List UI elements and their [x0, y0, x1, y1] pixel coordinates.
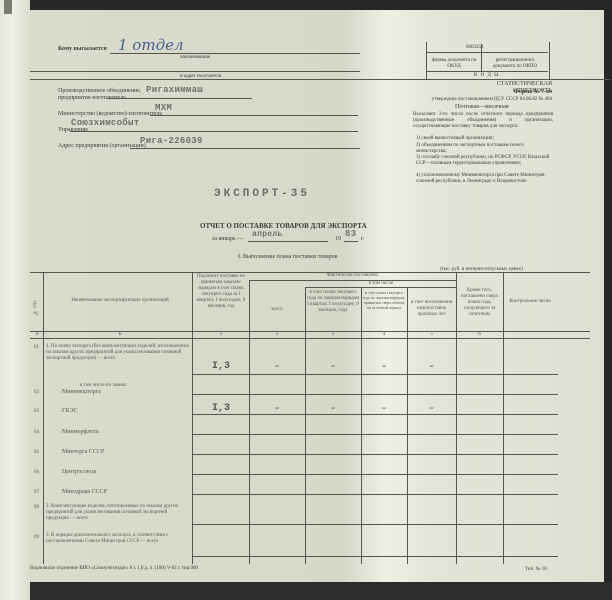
row-num: 08 — [34, 505, 39, 510]
binding-strip — [0, 0, 30, 600]
header-including: в том числе — [306, 281, 456, 287]
row-value-col3: – — [306, 362, 360, 371]
approved-text: утверждена постановлением ЦСУ СССР 04.06… — [430, 97, 552, 103]
row-value-col5: – — [408, 404, 455, 413]
section-title: I. Выполнение плана поставки товаров — [238, 254, 338, 261]
report-title: ОТЧЕТ О ПОСТАВКЕ ТОВАРОВ ДЛЯ ЭКСПОРТА — [200, 222, 367, 230]
row-num: 05 — [34, 450, 39, 455]
header-fact: Фактически поставлено — [250, 273, 455, 279]
ministry-value: МХМ — [155, 103, 172, 113]
scan-background — [30, 582, 612, 600]
header-name: Наименование экспортирующих организаций — [50, 298, 190, 304]
header-col2: всего — [250, 307, 304, 313]
stat-item-2: 2) объединениям по экспортным поставкам … — [416, 143, 553, 155]
row-num: 06 — [34, 470, 39, 475]
row-label: ГКЭС — [62, 408, 78, 415]
stat-item-4: 4) уполномоченному Минвнешторга при Сове… — [416, 173, 553, 185]
period-prefix: за январь — — [212, 236, 243, 243]
index-3: 3 — [306, 332, 360, 338]
header-num: № стр. — [33, 300, 39, 314]
address-value: Рига-226039 — [140, 136, 203, 146]
order-number: Тип. № 18 — [525, 567, 547, 573]
row-num: 03 — [34, 409, 39, 414]
year-suffix: г. — [361, 236, 364, 243]
row-num: 02 — [34, 390, 39, 395]
row-label: 2. Комплектующие изделия, изготовленные … — [46, 504, 190, 522]
stat-intro: Высылают 3-го числа после отчетного пери… — [413, 112, 553, 130]
directorate-value: Союзхимсобыт — [71, 118, 139, 128]
enterprise-value: Ригахиммаш — [146, 85, 203, 95]
index-1: 1 — [194, 332, 248, 338]
header-col4: в счет плана текущего года по заказам-на… — [362, 290, 406, 310]
row-label: Минвнешторга — [62, 389, 101, 396]
row-label: 3. В порядке дополнительного экспорта, в… — [46, 533, 190, 545]
stat-item-3: 3) госснабу союзной республики, по РСФСР… — [416, 155, 553, 167]
codes-caption: К О Д Ы — [474, 73, 499, 79]
index-5: 5 — [408, 332, 455, 338]
period-month: апрель — [252, 230, 283, 239]
row-label: Центросоюза — [62, 469, 96, 476]
binding-clip — [4, 0, 12, 14]
header-col5: в счет восполнения недопоставок прошлых … — [408, 300, 455, 318]
mail-label: Почтовая—месячная — [455, 104, 509, 111]
row-value-col3: – — [306, 404, 360, 413]
index-4: 4 — [362, 332, 406, 338]
index-a: А — [32, 332, 42, 338]
row-value-col4: – — [362, 362, 406, 371]
form-number: Форма № 7-вэ — [480, 89, 552, 96]
row-label: Минморфлота — [62, 429, 99, 436]
row-value-col2: – — [250, 404, 304, 413]
header-col3: в счет плана текущего года по заказам-на… — [306, 290, 360, 314]
row-label: Минздрава СССР — [62, 489, 107, 496]
index-6: 6 — [457, 332, 502, 338]
row-value-col2: – — [250, 362, 304, 371]
okud-caption: формы документа по ОКУД — [428, 58, 480, 70]
printer-imprint: Видновское отделение ВПО «Союзучетиздат»… — [30, 566, 198, 572]
row-value-col4: – — [362, 404, 406, 413]
row-value-col1: I,3 — [194, 403, 248, 414]
ministry-label: Министерство (ведомство)-изготовитель — [58, 111, 162, 118]
year-prefix: 19 — [335, 236, 341, 243]
enterprise-label: Производственное объединение, предприяти… — [58, 88, 153, 102]
index-2: 2 — [250, 332, 304, 338]
name-caption: наименование — [180, 55, 210, 61]
row-value-col1: I,3 — [194, 361, 248, 372]
row-num: 01 — [34, 345, 39, 350]
row-num: 04 — [34, 430, 39, 435]
row-value-col5: – — [408, 362, 455, 371]
stat-item-1: 1) своей вышестоящей организации; — [416, 136, 553, 142]
to-whom-label: Кому высылается — [58, 46, 107, 53]
header-col1: Подлежит поставке по принятым заказам-на… — [194, 274, 248, 310]
subheading: в том числе по линии: — [80, 382, 127, 389]
year-value: 83 — [345, 229, 356, 239]
row-num: 07 — [34, 490, 39, 495]
to-whom-handwritten: 1 отдел — [118, 36, 184, 54]
row-label: Минторга СССР — [62, 449, 104, 456]
header-col7: Контрольное число — [505, 299, 555, 305]
index-b: Б — [50, 332, 190, 338]
row-label: 1. По плану экспорта (без комплектующих … — [46, 344, 190, 362]
row-num: 09 — [34, 535, 39, 540]
okpo-caption: регистрационного документа по ОКПО — [484, 58, 546, 70]
header-col6: Кроме того, поставлено сверх плана года,… — [457, 288, 502, 318]
form-code: ЭКСПОРТ-35 — [214, 188, 310, 200]
